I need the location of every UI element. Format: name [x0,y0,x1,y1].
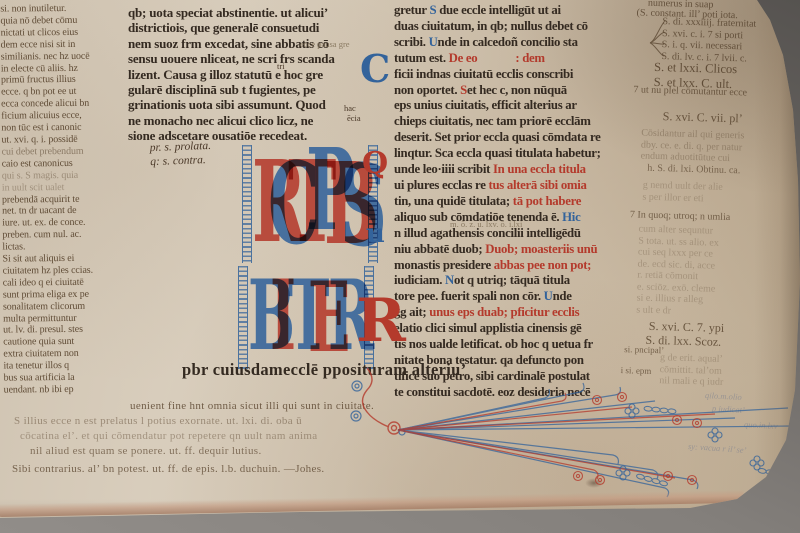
parchment-page: si. non inutiletur.quia nō debet cōmunic… [0,0,800,533]
margin-annotation-block: Cōsidantur ail qui generisdby. ce. e. di… [640,128,744,165]
margin-annotation-block: S. xvi. C. vii. pl’ [663,110,743,125]
bottom-gloss-line: Sibi contrarius. al’ bn potest. ut. ff. … [12,463,325,475]
margin-annotation-block: cum alter sequnturS tota. ut. ss alio. e… [636,223,719,317]
hanging-initial: C [360,50,390,88]
margin-line: 7 In quoq; utroq; n umlia [630,209,731,224]
margin-annotation-block: si. pncipal’ [624,344,664,356]
interlinear-note: hac [344,103,356,113]
margin-line: S. xvi. C. vii. pl’ [663,110,743,125]
margin-annotation-block: S. di. xxxiiij. fraternitatS. xvi. c. i.… [661,16,756,65]
hanging-initial: R [356,291,406,351]
margin-line: si. pncipal’ [624,344,664,356]
margin-line: 7 ut nu plel cōmutantur ecce [633,84,747,99]
interlinear-note: tri [277,61,285,71]
margin-annotation-block: h. S. di. lxi. Obtinu. ca. [647,163,740,178]
hanging-initial: u [366,221,385,247]
margin-annotation-block: g nemd uult der alies per illor er eti [642,180,723,205]
interlinear-note: m. ō. z. u. lxv. ō. i.lxi [450,219,522,229]
bottom-gloss-line: cōcatina el’. et qui cōmendatur pot repe… [20,430,318,442]
hanging-initial: Q [362,149,388,179]
margin-line: ar. [771,8,781,20]
margin-annotation-block: 7 In quoq; utroq; n umlia [630,209,731,224]
interlinear-note: ēcia [347,113,361,123]
manuscript-photo: si. non inutiletur.quia nō debet cōmunic… [0,0,800,533]
margin-annotation-block: 7 ut nu plel cōmutantur ecce [633,84,747,99]
interlinear-note: ecce pausa gre [300,39,350,49]
margin-line: s per illor er eti [642,191,722,205]
margin-line: s ult e dr [636,304,717,318]
margin-line: S. et lxxi. Clicos [654,60,737,77]
margin-annotation-block: ar. [771,8,781,20]
margin-line: h. S. di. lxi. Obtinu. ca. [647,163,740,178]
bottom-gloss-line: S illius ecce n est prelatus l potius ex… [14,415,302,427]
bottom-gloss-line: nil aliud est quam se ponere. ut. ff. de… [30,445,262,457]
